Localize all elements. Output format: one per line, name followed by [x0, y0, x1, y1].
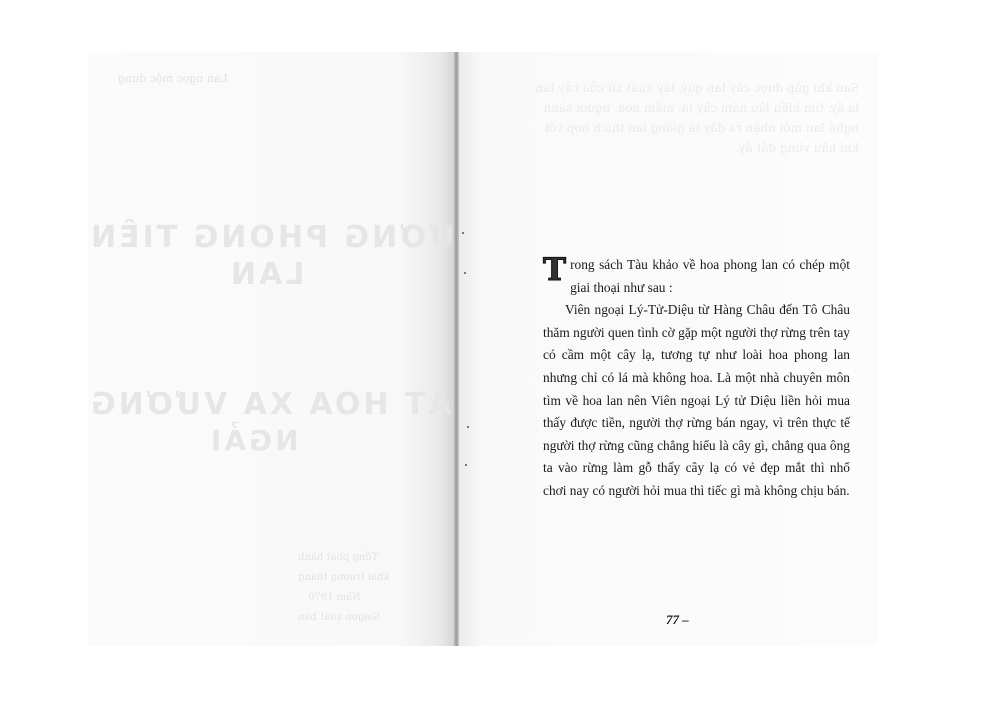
left-page: Lan ngọc mộc dung HƯƠNG PHONG TIÊN LAN M…	[88, 52, 454, 646]
scan-speck	[464, 272, 466, 274]
left-page-ghost-title-3: MẶT HOA XA VƯƠNG	[88, 387, 454, 422]
scan-speck	[465, 464, 467, 466]
first-paragraph: Trong sách Tàu khảo về hoa phong lan có …	[543, 254, 850, 299]
left-page-ghost-footer-3: Năm 1970	[308, 592, 361, 603]
left-page-ghost-footer-2: khai trương tháng	[298, 572, 389, 583]
second-paragraph: Viên ngoại Lý-Tử-Diệu từ Hàng Châu đến T…	[543, 299, 850, 502]
scan-speck	[467, 426, 469, 428]
left-page-ghost-title-4: NGẢI	[208, 424, 299, 457]
page-number: 77 –	[666, 612, 689, 628]
left-page-ghost-title-1: HƯƠNG PHONG TIÊN	[88, 220, 454, 255]
drop-cap: T	[543, 256, 566, 284]
scan-speck	[462, 232, 464, 234]
left-page-ghost-footer-1: Tổng phát hành	[298, 552, 378, 563]
first-paragraph-text: rong sách Tàu khảo về hoa phong lan có c…	[570, 257, 850, 295]
left-page-ghost-header: Lan ngọc mộc dung	[118, 72, 228, 85]
left-page-ghost-footer-4: Saigon xuất bản	[298, 612, 380, 623]
left-page-ghost-title-2: LAN	[228, 257, 304, 292]
page-body-text: Trong sách Tàu khảo về hoa phong lan có …	[543, 254, 850, 503]
right-page-ghost-text: Sau khi gặp được cây lan quý, lấy xuất x…	[529, 78, 859, 158]
